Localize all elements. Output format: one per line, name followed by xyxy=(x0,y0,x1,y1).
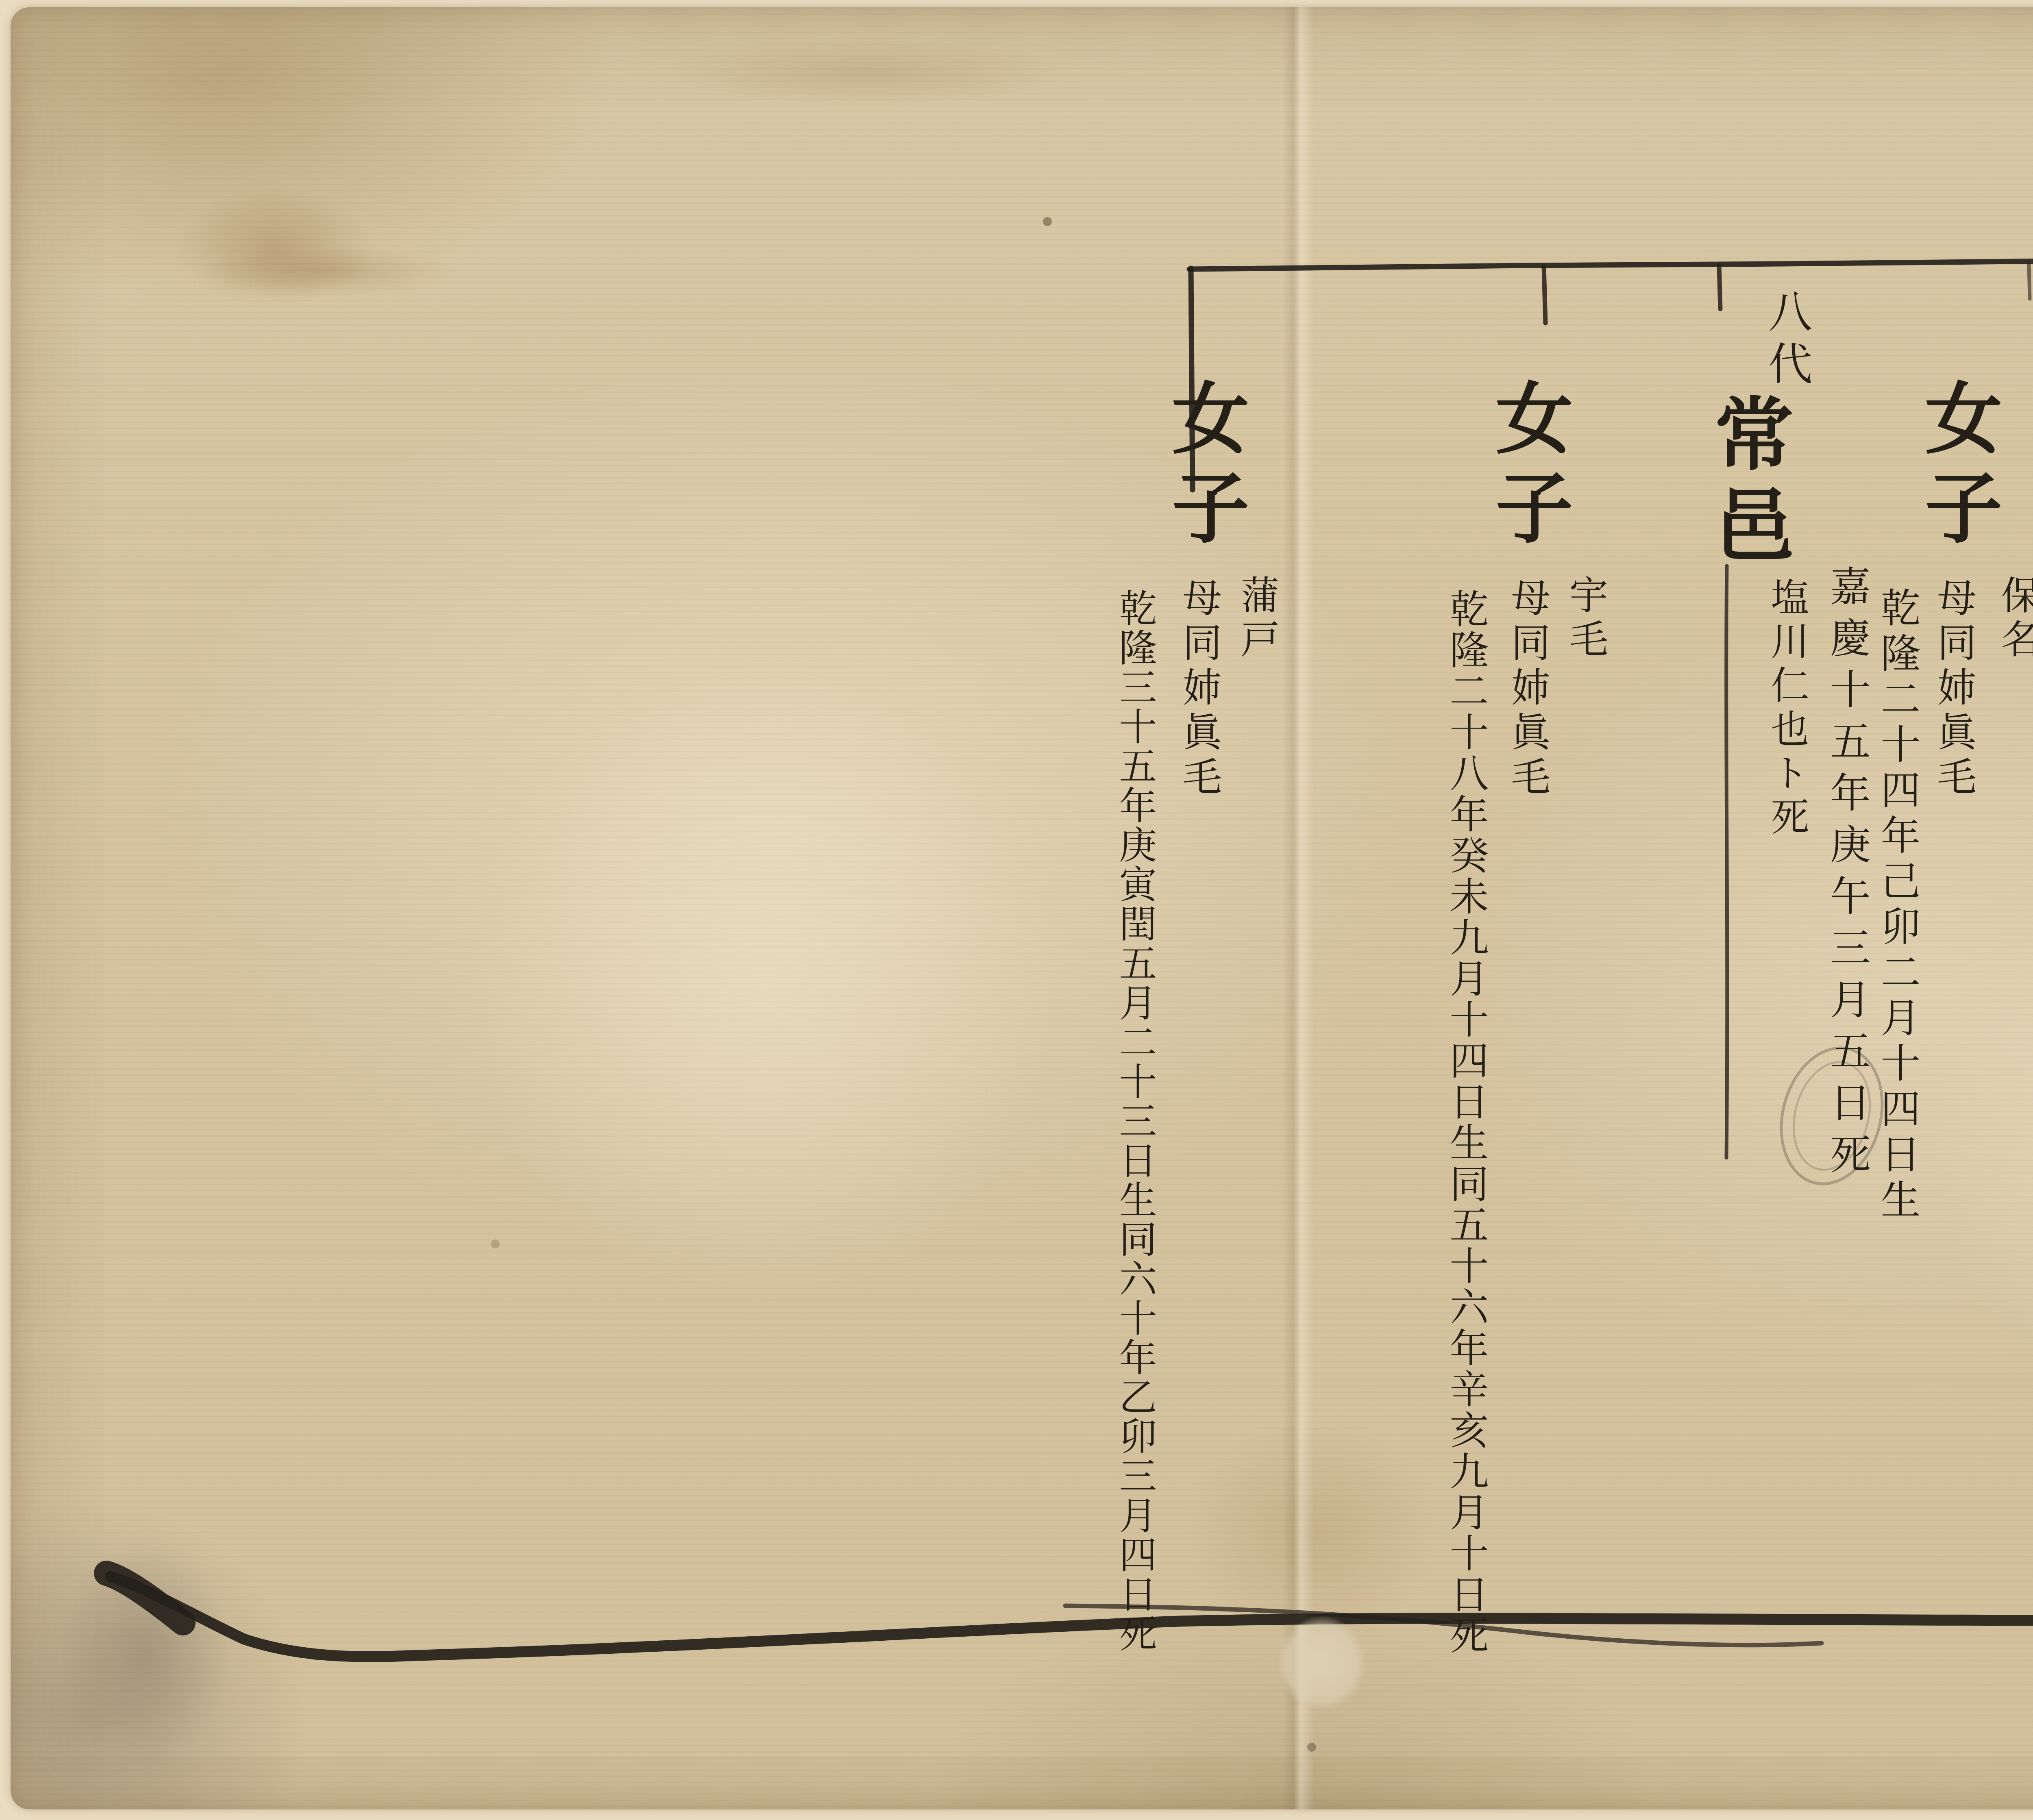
entry-mother-line: 母同姉眞毛 xyxy=(1925,577,1982,801)
entry-generation-label: 八代 xyxy=(1755,289,1818,393)
paper-stain xyxy=(580,24,1149,121)
entry-person-name: 蒲戸 xyxy=(1230,575,1285,663)
entry-header-label: 女子 xyxy=(1902,378,2013,557)
bottom-border-blob xyxy=(107,1573,183,1623)
entry-header-label: 常邑 xyxy=(1691,393,1804,576)
entry-mother-line: 母同姉眞毛 xyxy=(1170,577,1227,801)
paper-sheet: 女子 眞毛 母塩川村百姓塩川女宇毛 乾隆二十二年丁丑八月七日生同三十六年辛卯三月… xyxy=(11,7,2033,1809)
top-rule xyxy=(1189,259,2033,269)
paper-stain xyxy=(1840,780,2033,1511)
column-tick xyxy=(2029,264,2030,299)
center-fold-crease xyxy=(1282,7,1314,1809)
paper-stain xyxy=(1129,1369,1495,1694)
column-tick xyxy=(1191,268,1193,490)
entry-header-label: 女子 xyxy=(1473,378,1584,557)
entry-header-label: 女子 xyxy=(1149,378,1260,557)
paper-stain xyxy=(145,235,511,308)
entry-dates-line: 乾隆二十四年己卯二月十四日生 xyxy=(1869,587,1926,1224)
paper-stain xyxy=(356,536,1169,1430)
bottom-border xyxy=(111,1576,2033,1657)
paper-stain xyxy=(133,162,417,333)
entry-person-name: 宇毛 xyxy=(1558,575,1614,663)
ink-specks xyxy=(11,7,16,13)
oval-stamp xyxy=(1767,1037,1897,1196)
register-frame-lines xyxy=(11,7,2033,1820)
entry-alias-line: 塩川仁也ト死 xyxy=(1759,577,1814,841)
entry-person-name: 保名 xyxy=(1990,575,2033,663)
entry-divider xyxy=(1726,566,1727,1158)
entry-mother-line: 母同姉眞毛 xyxy=(1499,577,1556,801)
column-tick xyxy=(1719,265,1720,309)
entry-dates-line: 乾隆三十五年庚寅閏五月二十三日生同六十年乙卯三月四日死 xyxy=(1108,589,1162,1653)
column-tick xyxy=(1544,267,1545,323)
bottom-border-double xyxy=(1065,1606,1822,1645)
entry-dates-line: 乾隆二十八年癸未九月十四日生同五十六年辛亥九月十日死 xyxy=(1439,589,1494,1656)
entry-death-line: 嘉慶十五年庚午三月五日死 xyxy=(1818,565,1876,1185)
paper-tear-patch xyxy=(1263,1600,1381,1726)
paper-stain xyxy=(23,1491,267,1816)
